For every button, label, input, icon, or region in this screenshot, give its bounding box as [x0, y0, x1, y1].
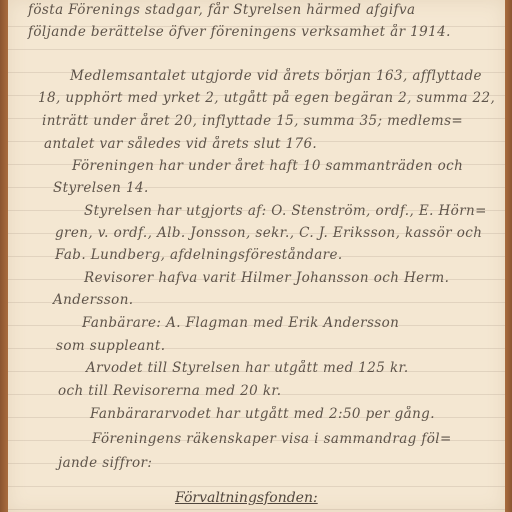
text-line: antalet var således vid årets slut 176. [44, 136, 317, 152]
text-line: Arvodet till Styrelsen har utgått med 12… [86, 360, 409, 376]
text-line: följande berättelse öfver föreningens ve… [28, 24, 451, 40]
text-line: Styrelsen 14. [53, 180, 149, 196]
text-line: Föreningens räkenskaper visa i sammandra… [92, 431, 452, 447]
text-line: Revisorer hafva varit Hilmer Johansson o… [84, 270, 449, 286]
text-line: inträtt under året 20, inflyttade 15, su… [42, 113, 463, 129]
text-line: Fab. Lundberg, afdelningsföreståndare. [55, 247, 343, 263]
section-heading: Förvaltningsfonden: [175, 490, 318, 506]
text-line: som suppleant. [56, 338, 165, 354]
book-edge-right [505, 0, 512, 512]
book-edge-left [0, 0, 8, 512]
manuscript-page: fösta Förenings stadgar, får Styrelsen h… [8, 0, 505, 512]
text-line: Föreningen har under året haft 10 samman… [72, 158, 463, 174]
text-line: fösta Förenings stadgar, får Styrelsen h… [28, 2, 415, 18]
text-line: Fanbärararvodet har utgått med 2:50 per … [90, 406, 435, 422]
text-line: 18, upphört med yrket 2, utgått på egen … [38, 90, 495, 106]
text-line: jande siffror: [58, 455, 152, 471]
text-line: Fanbärare: A. Flagman med Erik Andersson [82, 315, 399, 331]
text-line: gren, v. ordf., Alb. Jonsson, sekr., C. … [55, 225, 482, 241]
text-line: och till Revisorerna med 20 kr. [58, 383, 281, 399]
text-line: Andersson. [53, 292, 134, 308]
text-line: Medlemsantalet utgjorde vid årets början… [70, 68, 482, 84]
text-line: Styrelsen har utgjorts af: O. Stenström,… [84, 203, 487, 219]
